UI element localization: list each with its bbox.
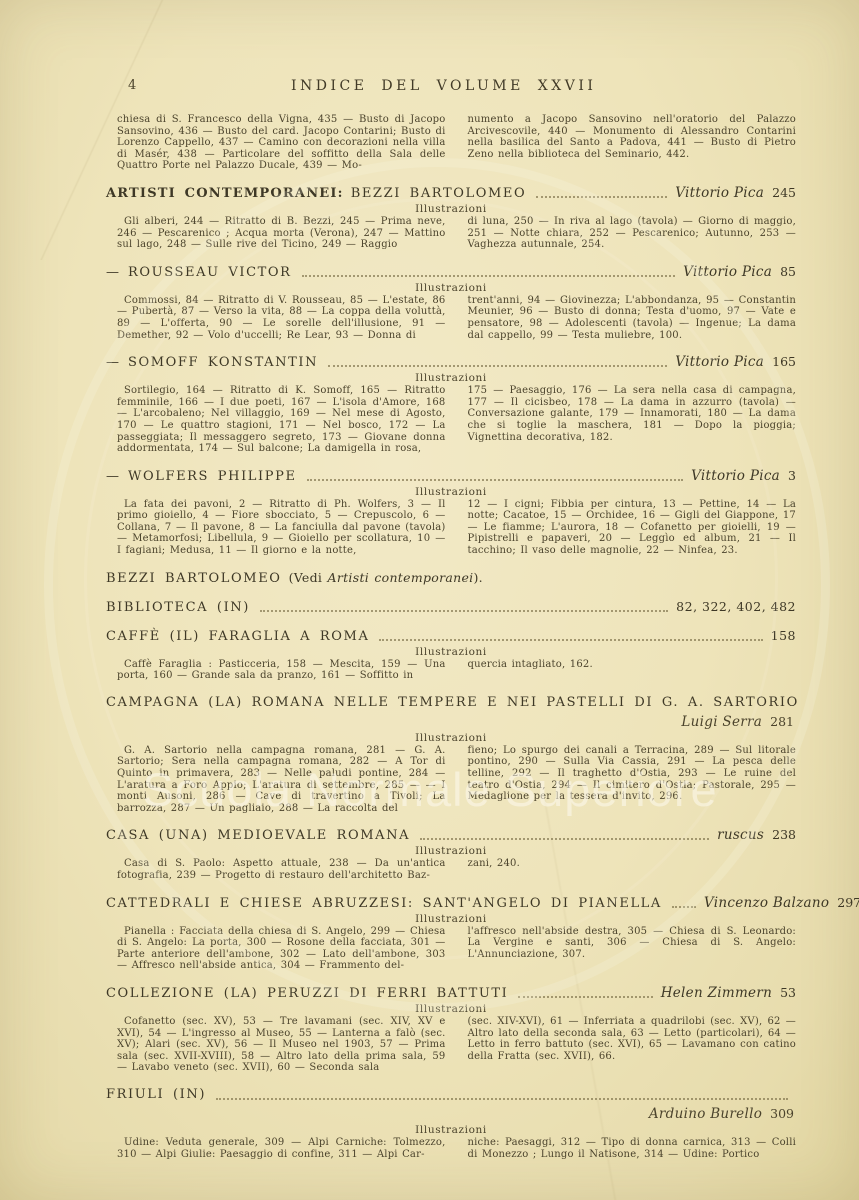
dotted-leader xyxy=(216,1098,788,1100)
illustrations-left-column: Cofanetto (sec. XV), 53 — Tre lavamani (… xyxy=(117,1016,446,1074)
illustrations-right-column: niche: Paesaggi, 312 — Tipo di donna car… xyxy=(468,1137,797,1160)
index-entry: —ROUSSEAU VICTORVittorio Pica85Illustraz… xyxy=(106,264,796,341)
entry-title: BIBLIOTECA (IN) xyxy=(106,600,250,615)
entry-title: CAFFÈ (IL) FARAGLIA A ROMA xyxy=(106,629,369,644)
dotted-leader xyxy=(672,906,696,908)
dotted-leader xyxy=(536,196,667,198)
entry-crossref: (Vedi Artisti contemporanei). xyxy=(289,570,483,585)
crossref-reference: Artisti contemporanei xyxy=(328,570,474,585)
index-entries: ARTISTI CONTEMPORANEI:BEZZI BARTOLOMEOVi… xyxy=(106,185,796,1160)
illustrations-paragraph: La fata dei pavoni, 2 — Ritratto di Ph. … xyxy=(117,499,796,557)
dotted-leader xyxy=(260,610,668,612)
entry-heading-row: ARTISTI CONTEMPORANEI:BEZZI BARTOLOMEOVi… xyxy=(106,185,796,201)
illustrations-right-column: 12 — I cigni; Fibbia per cintura, 13 — P… xyxy=(468,499,797,557)
entry-author-row: Arduino Burello309 xyxy=(106,1106,796,1122)
entry-heading-row: CATTEDRALI E CHIESE ABRUZZESI: SANT'ANGE… xyxy=(106,895,796,911)
illustrations-paragraph: Udine: Veduta generale, 309 — Alpi Carni… xyxy=(117,1137,796,1160)
page-content: 4 INDICE DEL VOLUME XXVII chiesa di S. F… xyxy=(0,0,859,1160)
entry-dash: — xyxy=(106,265,119,280)
entry-title: BEZZI BARTOLOMEO xyxy=(351,186,527,201)
illustrations-left-column: Casa di S. Paolo: Aspetto attuale, 238 —… xyxy=(117,858,446,881)
illustrations-right-column: zani, 240. xyxy=(468,858,797,881)
index-entry: BEZZI BARTOLOMEO(Vedi Artisti contempora… xyxy=(106,570,796,586)
entry-title: ROUSSEAU VICTOR xyxy=(128,265,292,280)
dotted-leader xyxy=(328,365,667,367)
crossref-post: ). xyxy=(473,570,482,585)
entry-author: ruscus xyxy=(717,827,764,843)
illustrations-label: Illustrazioni xyxy=(106,282,796,294)
entry-title: WOLFERS PHILIPPE xyxy=(128,469,297,484)
illustrations-label: Illustrazioni xyxy=(106,845,796,857)
entry-author: Vittorio Pica xyxy=(683,264,772,280)
illustrations-right-column: trent'anni, 94 — Giovinezza; L'abbondanz… xyxy=(468,295,797,341)
dotted-leader xyxy=(518,996,652,998)
illustrations-left-column: Caffè Faraglia : Pasticceria, 158 — Mesc… xyxy=(117,659,446,682)
entry-heading-row: CAFFÈ (IL) FARAGLIA A ROMA158 xyxy=(106,628,796,644)
entry-page-references: 82, 322, 402, 482 xyxy=(676,599,796,614)
illustrations-label: Illustrazioni xyxy=(106,646,796,658)
entry-page-reference: 297 xyxy=(837,895,859,910)
illustrations-right-column: di luna, 250 — In riva al lago (tavola) … xyxy=(468,216,797,251)
index-entry: COLLEZIONE (LA) PERUZZI DI FERRI BATTUTI… xyxy=(106,985,796,1074)
entry-heading-row: CASA (UNA) MEDIOEVALE ROMANAruscus238 xyxy=(106,827,796,843)
intro-right-column: numento a Jacopo Sansovino nell'oratorio… xyxy=(468,114,797,172)
entry-author: Vittorio Pica xyxy=(675,354,764,370)
entry-title: BEZZI BARTOLOMEO xyxy=(106,571,282,586)
entry-title: FRIULI (IN) xyxy=(106,1087,206,1102)
intro-left-column: chiesa di S. Francesco della Vigna, 435 … xyxy=(117,114,446,172)
index-entry: CAMPAGNA (LA) ROMANA NELLE TEMPERE E NEI… xyxy=(106,695,796,815)
entry-author: Vittorio Pica xyxy=(691,468,780,484)
illustrations-left-column: Sortilegio, 164 — Ritratto di K. Somoff,… xyxy=(117,385,446,455)
entry-heading-row: BEZZI BARTOLOMEO(Vedi Artisti contempora… xyxy=(106,570,796,586)
crossref-pre: (Vedi xyxy=(289,570,328,585)
entry-author: Vittorio Pica xyxy=(675,185,764,201)
entry-page-reference: 165 xyxy=(772,354,796,369)
entry-heading-row: —SOMOFF KONSTANTINVittorio Pica165 xyxy=(106,354,796,370)
illustrations-paragraph: Pianella : Facciata della chiesa di S. A… xyxy=(117,926,796,972)
dotted-leader xyxy=(420,838,709,840)
entry-heading-row: —ROUSSEAU VICTORVittorio Pica85 xyxy=(106,264,796,280)
entry-heading-row: —WOLFERS PHILIPPEVittorio Pica3 xyxy=(106,468,796,484)
entry-title: CAMPAGNA (LA) ROMANA NELLE TEMPERE E NEI… xyxy=(106,695,799,710)
index-entry: CASA (UNA) MEDIOEVALE ROMANAruscus238Ill… xyxy=(106,827,796,881)
scanned-index-page: Scuola Normale Superiore 4 INDICE DEL VO… xyxy=(0,0,859,1200)
entry-page-reference: 85 xyxy=(780,264,796,279)
illustrations-paragraph: Gli alberi, 244 — Ritratto di B. Bezzi, … xyxy=(117,216,796,251)
entry-author: Luigi Serra xyxy=(681,714,762,730)
illustrations-right-column: (sec. XIV-XVI), 61 — Inferriata a quadri… xyxy=(468,1016,797,1074)
intro-paragraph: chiesa di S. Francesco della Vigna, 435 … xyxy=(117,114,796,172)
dotted-leader xyxy=(307,479,684,481)
illustrations-paragraph: Sortilegio, 164 — Ritratto di K. Somoff,… xyxy=(117,385,796,455)
illustrations-label: Illustrazioni xyxy=(106,1003,796,1015)
entry-title: COLLEZIONE (LA) PERUZZI DI FERRI BATTUTI xyxy=(106,986,508,1001)
dotted-leader xyxy=(379,639,762,641)
illustrations-right-column: quercia intagliato, 162. xyxy=(468,659,797,682)
entry-page-reference: 238 xyxy=(772,827,796,842)
entry-page-references: 158 xyxy=(771,628,796,643)
entry-author: Vincenzo Balzano xyxy=(704,895,829,911)
index-entry: CATTEDRALI E CHIESE ABRUZZESI: SANT'ANGE… xyxy=(106,895,796,972)
entry-title: SOMOFF KONSTANTIN xyxy=(128,355,318,370)
entry-page-reference: 245 xyxy=(772,185,796,200)
illustrations-right-column: 175 — Paesaggio, 176 — La sera nella cas… xyxy=(468,385,797,455)
entry-heading-row: COLLEZIONE (LA) PERUZZI DI FERRI BATTUTI… xyxy=(106,985,796,1001)
entry-heading-row: FRIULI (IN) xyxy=(106,1087,796,1103)
illustrations-left-column: Gli alberi, 244 — Ritratto di B. Bezzi, … xyxy=(117,216,446,251)
illustrations-right-column: fieno; Lo spurgo dei canali a Terracina,… xyxy=(468,745,797,815)
entry-dash: — xyxy=(106,355,119,370)
page-header: 4 INDICE DEL VOLUME XXVII xyxy=(106,78,796,108)
entry-page-reference: 309 xyxy=(770,1106,794,1121)
entry-title: CATTEDRALI E CHIESE ABRUZZESI: SANT'ANGE… xyxy=(106,896,662,911)
illustrations-paragraph: Casa di S. Paolo: Aspetto attuale, 238 —… xyxy=(117,858,796,881)
index-entry: BIBLIOTECA (IN)82, 322, 402, 482 xyxy=(106,599,796,615)
illustrations-left-column: Udine: Veduta generale, 309 — Alpi Carni… xyxy=(117,1137,446,1160)
entry-page-reference: 53 xyxy=(780,985,796,1000)
page-title: INDICE DEL VOLUME XXVII xyxy=(291,78,596,94)
entry-author-row: Luigi Serra281 xyxy=(106,714,796,730)
illustrations-right-column: l'affresco nell'abside destra, 305 — Chi… xyxy=(468,926,797,972)
dotted-leader xyxy=(302,275,676,277)
entry-heading-row: BIBLIOTECA (IN)82, 322, 402, 482 xyxy=(106,599,796,615)
illustrations-label: Illustrazioni xyxy=(106,732,796,744)
entry-dash: — xyxy=(106,469,119,484)
illustrations-paragraph: Commossi, 84 — Ritratto di V. Rousseau, … xyxy=(117,295,796,341)
illustrations-label: Illustrazioni xyxy=(106,486,796,498)
illustrations-paragraph: Caffè Faraglia : Pasticceria, 158 — Mesc… xyxy=(117,659,796,682)
index-entry: CAFFÈ (IL) FARAGLIA A ROMA158Illustrazio… xyxy=(106,628,796,682)
entry-author: Arduino Burello xyxy=(649,1106,762,1122)
entry-title: CASA (UNA) MEDIOEVALE ROMANA xyxy=(106,828,410,843)
illustrations-paragraph: Cofanetto (sec. XV), 53 — Tre lavamani (… xyxy=(117,1016,796,1074)
illustrations-paragraph: G. A. Sartorio nella campagna romana, 28… xyxy=(117,745,796,815)
entry-title-strong: ARTISTI CONTEMPORANEI: xyxy=(106,186,344,201)
illustrations-left-column: La fata dei pavoni, 2 — Ritratto di Ph. … xyxy=(117,499,446,557)
illustrations-label: Illustrazioni xyxy=(106,203,796,215)
entry-author: Helen Zimmern xyxy=(661,985,772,1001)
page-number: 4 xyxy=(128,78,137,93)
index-entry: ARTISTI CONTEMPORANEI:BEZZI BARTOLOMEOVi… xyxy=(106,185,796,251)
illustrations-left-column: G. A. Sartorio nella campagna romana, 28… xyxy=(117,745,446,815)
illustrations-label: Illustrazioni xyxy=(106,1124,796,1136)
illustrations-left-column: Pianella : Facciata della chiesa di S. A… xyxy=(117,926,446,972)
index-entry: —SOMOFF KONSTANTINVittorio Pica165Illust… xyxy=(106,354,796,455)
entry-page-reference: 3 xyxy=(788,468,796,483)
entry-page-reference: 281 xyxy=(770,714,794,729)
index-entry: —WOLFERS PHILIPPEVittorio Pica3Illustraz… xyxy=(106,468,796,557)
illustrations-label: Illustrazioni xyxy=(106,913,796,925)
index-entry: FRIULI (IN)Arduino Burello309Illustrazio… xyxy=(106,1087,796,1160)
entry-heading-row: CAMPAGNA (LA) ROMANA NELLE TEMPERE E NEI… xyxy=(106,695,796,711)
illustrations-left-column: Commossi, 84 — Ritratto di V. Rousseau, … xyxy=(117,295,446,341)
illustrations-label: Illustrazioni xyxy=(106,372,796,384)
